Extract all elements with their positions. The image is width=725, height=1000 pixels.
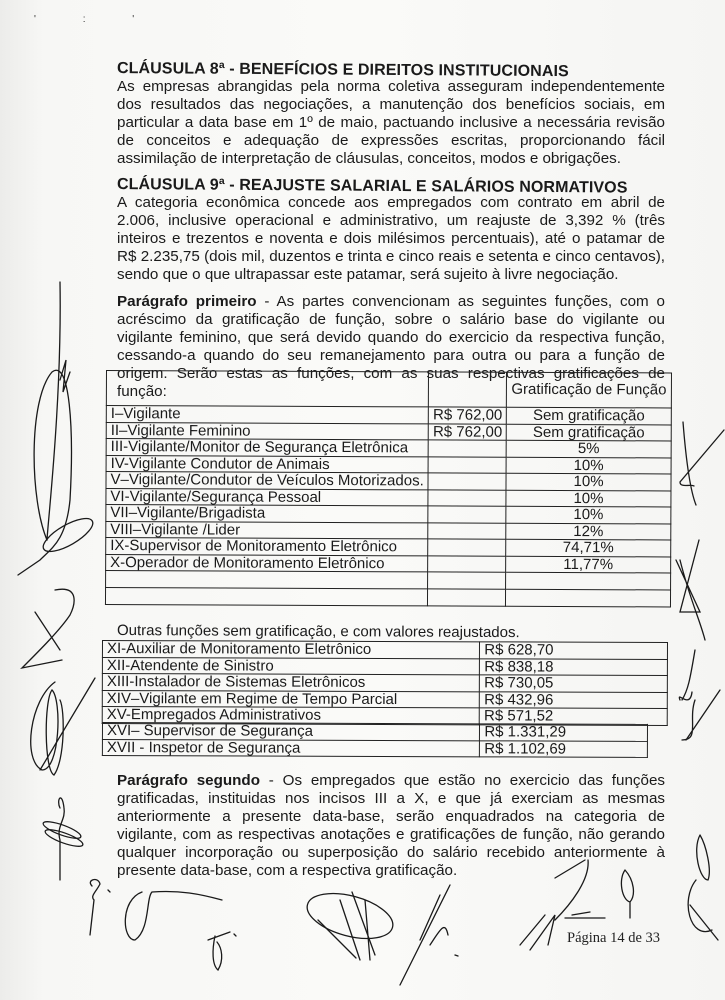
- base-salary-cell: [428, 522, 506, 539]
- salary-value-cell: R$ 628,70: [480, 642, 668, 659]
- gratification-cell: 10%: [506, 473, 670, 490]
- gratification-cell: 74,71%: [506, 539, 670, 556]
- base-salary-cell: [428, 473, 506, 490]
- function-name-cell: XIII-Instalador de Sistemas Eletrônicos: [102, 674, 479, 692]
- table-row: [105, 588, 670, 607]
- gratification-cell: 10%: [507, 457, 671, 474]
- gratification-cell: Sem gratificação: [507, 424, 671, 441]
- document-page: ' : ' CLÁUSULA 8ª - BENEFÍCIOS E DIREITO…: [0, 0, 725, 1000]
- base-salary-cell: [428, 456, 506, 473]
- gratification-cell: 12%: [506, 523, 670, 540]
- signature-bottom-2-icon: [125, 891, 222, 940]
- function-name-cell: XII-Atendente de Sinistro: [102, 657, 479, 675]
- gratification-cell: Sem gratificação: [507, 407, 671, 424]
- other-functions-table-continued: XVI– Supervisor de SegurançaR$ 1.331,29X…: [102, 722, 648, 758]
- function-name-cell: I–Vigilante: [106, 406, 428, 424]
- salary-value-cell: R$ 571,52: [480, 708, 668, 725]
- salary-value-cell: R$ 1.102,69: [480, 740, 648, 757]
- function-name-cell: VI-Vigilante/Segurança Pessoal: [106, 488, 428, 506]
- function-name-cell: XVI– Supervisor de Segurança: [102, 723, 479, 741]
- base-salary-cell: [428, 506, 506, 523]
- signature-left-4-icon: [41, 798, 84, 880]
- function-name-cell: X-Operador de Monitoramento Eletrônico: [106, 554, 428, 572]
- function-name-cell: XI-Auxiliar de Monitoramento Eletrônico: [102, 641, 479, 659]
- function-name-cell: XVII - Inspetor de Segurança: [102, 739, 479, 757]
- paragraph-first-lead: Parágrafo primeiro: [117, 293, 257, 310]
- other-functions-caption: Outras funções sem gratificação, e com v…: [117, 622, 520, 641]
- signature-bottom-5-icon: [400, 885, 458, 985]
- gratification-cell: [506, 589, 670, 607]
- signature-left-2-icon: [22, 589, 74, 668]
- table-row: X-Operador de Monitoramento Eletrônico11…: [106, 554, 671, 573]
- function-name-cell: VIII–Vigilante /Lider: [106, 521, 428, 539]
- base-salary-cell: [428, 440, 506, 457]
- header-cell: [429, 372, 507, 407]
- signature-left-1-icon: [18, 282, 97, 575]
- gratification-cell: 11,77%: [506, 556, 670, 573]
- signature-bottom-3-icon: [208, 932, 236, 970]
- signature-bottom-4-icon: [302, 885, 397, 960]
- function-name-cell: [105, 588, 427, 606]
- function-name-cell: [106, 571, 428, 589]
- gratification-cell: 10%: [506, 506, 670, 523]
- signature-right-4-icon: [688, 835, 718, 940]
- signature-left-3-icon: [31, 678, 95, 775]
- base-salary-cell: [428, 489, 506, 506]
- salary-value-cell: R$ 838,18: [480, 658, 668, 675]
- function-name-cell: VII–Vigilante/Brigadista: [106, 505, 428, 523]
- signature-bottom-1-icon: [90, 880, 110, 935]
- table-row: XI-Auxiliar de Monitoramento EletrônicoR…: [102, 641, 667, 659]
- salary-value-cell: R$ 730,05: [480, 675, 668, 692]
- gratification-cell: 10%: [506, 490, 670, 507]
- header-cell: Gratificação de Função: [507, 372, 671, 408]
- functions-gratification-table: Gratificação de FunçãoI–VigilanteR$ 762,…: [105, 370, 672, 607]
- paragraph-second: Parágrafo segundo - Os empregados que es…: [117, 772, 665, 880]
- table-row: XVI– Supervisor de SegurançaR$ 1.331,29: [102, 723, 647, 741]
- function-name-cell: II–Vigilante Feminino: [106, 422, 428, 440]
- scan-marks: ' : ': [34, 14, 156, 25]
- base-salary-cell: [428, 539, 506, 556]
- table-row: XVII - Inspetor de SegurançaR$ 1.102,69: [102, 739, 647, 757]
- table-header-row: Gratificação de Função: [106, 371, 671, 408]
- base-salary-cell: [428, 589, 506, 606]
- gratification-cell: [506, 572, 670, 590]
- base-salary-cell: [428, 555, 506, 572]
- base-salary-cell: R$ 762,00: [429, 407, 507, 424]
- function-name-cell: IX-Supervisor de Monitoramento Eletrônic…: [106, 538, 428, 556]
- salary-value-cell: R$ 1.331,29: [480, 724, 648, 741]
- function-name-cell: IV-Vigilante Condutor de Animais: [106, 455, 428, 473]
- header-cell: [106, 371, 428, 407]
- clause-9-body: A categoria econômica concede aos empreg…: [117, 194, 665, 284]
- base-salary-cell: R$ 762,00: [428, 423, 506, 440]
- salary-value-cell: R$ 432,96: [480, 691, 668, 708]
- paragraph-second-lead: Parágrafo segundo: [117, 772, 260, 789]
- signature-right-2-icon: [676, 540, 705, 640]
- function-name-cell: XIV–Vigilante em Regime de Tempo Parcial: [102, 690, 479, 708]
- function-name-cell: III-Vigilante/Monitor de Segurança Eletr…: [106, 439, 428, 457]
- page-number: Página 14 de 33: [567, 930, 660, 947]
- signature-right-3-icon: [679, 650, 720, 740]
- clause-8-body: As empresas abrangidas pela norma coleti…: [117, 78, 665, 168]
- gratification-cell: 5%: [507, 440, 671, 457]
- signature-right-1-icon: [680, 422, 724, 505]
- base-salary-cell: [428, 572, 506, 589]
- other-functions-table: XI-Auxiliar de Monitoramento EletrônicoR…: [102, 640, 668, 725]
- table-row: XIII-Instalador de Sistemas EletrônicosR…: [102, 674, 667, 692]
- function-name-cell: V–Vigilante/Condutor de Veículos Motoriz…: [106, 472, 428, 490]
